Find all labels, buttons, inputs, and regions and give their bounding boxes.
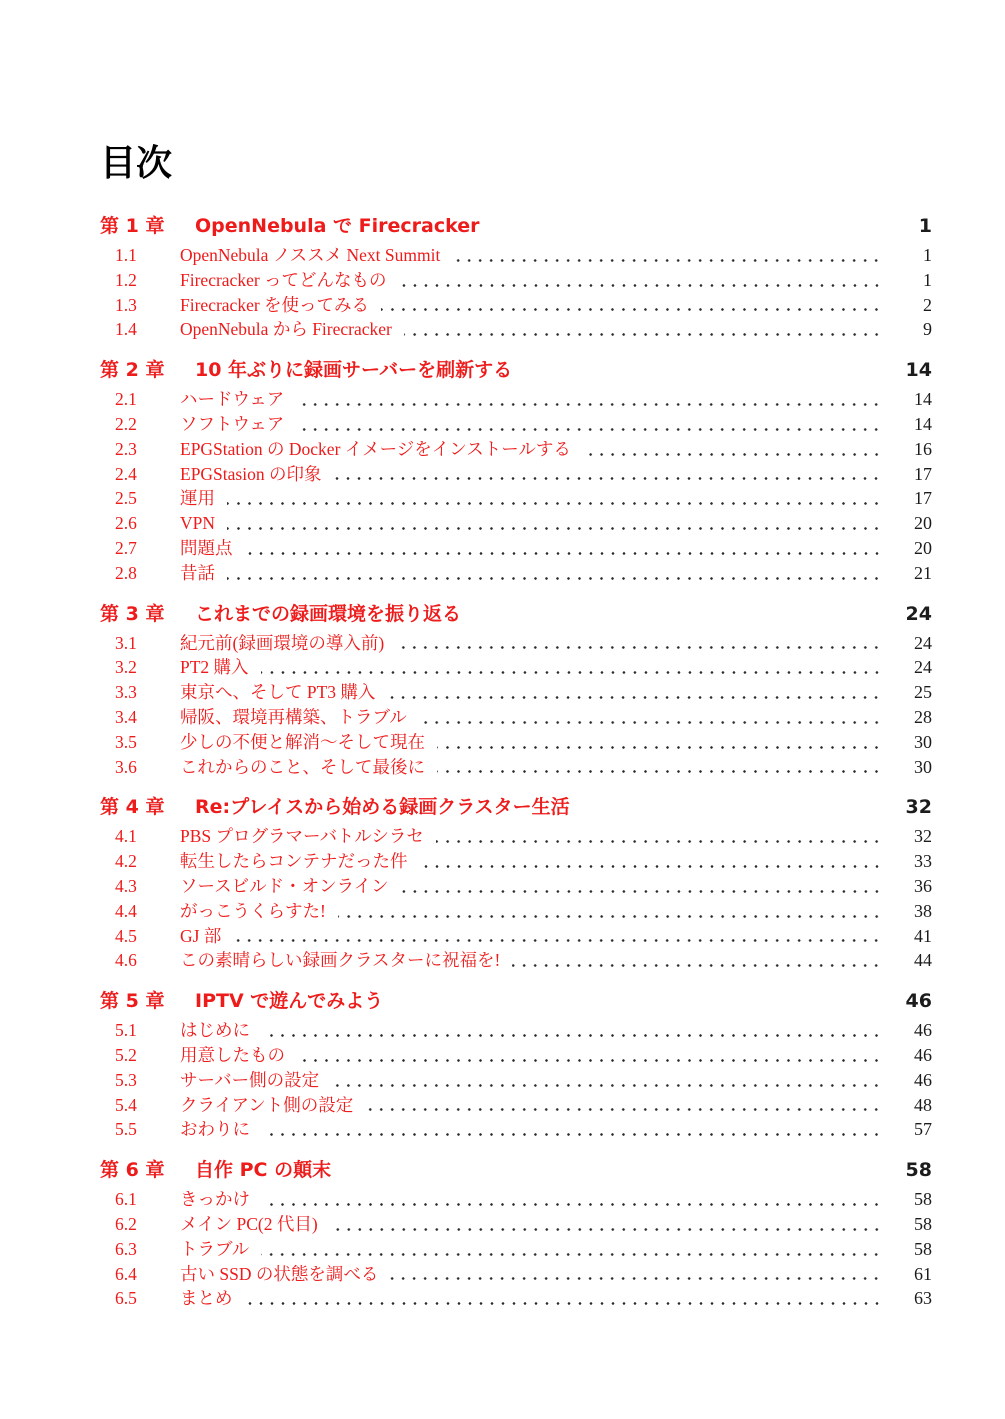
toc-section-entry-link[interactable]: 3.3 東京へ、そして PT3 購入 25 — [100, 680, 932, 705]
section-page-number: 24 — [890, 655, 932, 680]
toc-section-entry-link[interactable]: 5.4 クライアント側の設定 48 — [100, 1093, 932, 1118]
section-number: 6.2 — [100, 1212, 180, 1237]
section-title: サーバー側の設定 — [180, 1068, 319, 1093]
section-number: 1.3 — [100, 293, 180, 318]
chapter-page-number: 14 — [884, 357, 932, 383]
toc-section-entry-link[interactable]: 5.5 おわりに 57 — [100, 1117, 932, 1142]
dot-leader — [387, 680, 884, 705]
section-title: これからのこと、そして最後に — [180, 755, 425, 780]
dot-leader — [233, 924, 884, 949]
section-page-number: 48 — [890, 1093, 932, 1118]
section-number: 5.5 — [100, 1117, 180, 1142]
toc-section-entry-link[interactable]: 3.5 少しの不便と解消〜そして現在 30 — [100, 730, 932, 755]
toc-chapter-heading-link[interactable]: 第 3 章 これまでの録画環境を振り返る 24 — [100, 601, 932, 631]
section-page-number: 30 — [890, 755, 932, 780]
section-title: メイン PC(2 代目) — [180, 1212, 318, 1237]
section-title: 紀元前(録画環境の導入前) — [180, 631, 384, 656]
section-title: OpenNebula ノススメ Next Summit — [180, 243, 440, 268]
toc-section-entry-link[interactable]: 6.1 きっかけ 58 — [100, 1187, 932, 1212]
section-number: 4.2 — [100, 849, 180, 874]
section-page-number: 1 — [890, 243, 932, 268]
section-number: 6.1 — [100, 1187, 180, 1212]
section-page-number: 36 — [890, 874, 932, 899]
section-title: PT2 購入 — [180, 655, 249, 680]
section-number: 1.4 — [100, 317, 180, 342]
section-page-number: 58 — [890, 1237, 932, 1262]
section-number: 6.3 — [100, 1237, 180, 1262]
toc-chapter: 第 2 章 10 年ぶりに録画サーバーを刷新する 14 2.1 ハードウェア 1… — [100, 357, 932, 585]
toc-section-entry-link[interactable]: 4.4 がっこうくらすた! 38 — [100, 899, 932, 924]
toc-section-entry-link[interactable]: 1.3 Firecracker を使ってみる 2 — [100, 293, 932, 318]
section-number: 2.4 — [100, 462, 180, 487]
section-number: 2.1 — [100, 387, 180, 412]
chapter-page-number: 32 — [884, 794, 932, 820]
toc-chapter: 第 5 章 IPTV で遊んでみよう 46 5.1 はじめに 46 5.2 用意… — [100, 988, 932, 1142]
section-title: 転生したらコンテナだった件 — [180, 849, 408, 874]
page-title: 目次 — [100, 145, 932, 183]
toc-section-entry-link[interactable]: 2.7 問題点 20 — [100, 536, 932, 561]
chapter-section-list: 4.1 PBS プログラマーバトルシラセ 32 4.2 転生したらコンテナだった… — [100, 824, 932, 973]
toc-section-entry-link[interactable]: 4.6 この素晴らしい録画クラスターに祝福を! 44 — [100, 948, 932, 973]
section-number: 3.1 — [100, 631, 180, 656]
chapter-number-label: 第 6 章 — [100, 1157, 195, 1183]
toc-section-entry-link[interactable]: 4.2 転生したらコンテナだった件 33 — [100, 849, 932, 874]
dot-leader — [401, 874, 884, 899]
section-page-number: 58 — [890, 1212, 932, 1237]
toc-chapter-heading-link[interactable]: 第 4 章 Re:プレイスから始める録画クラスター生活 32 — [100, 794, 932, 824]
dot-leader — [338, 899, 884, 924]
toc-section-entry-link[interactable]: 4.5 GJ 部 41 — [100, 924, 932, 949]
toc-chapter: 第 4 章 Re:プレイスから始める録画クラスター生活 32 4.1 PBS プ… — [100, 794, 932, 973]
chapter-title: 10 年ぶりに録画サーバーを刷新する — [195, 357, 884, 383]
section-page-number: 30 — [890, 730, 932, 755]
section-page-number: 16 — [890, 437, 932, 462]
section-title: きっかけ — [180, 1187, 250, 1212]
section-number: 4.3 — [100, 874, 180, 899]
dot-leader — [227, 561, 884, 586]
section-title: 問題点 — [180, 536, 233, 561]
toc-section-entry-link[interactable]: 4.3 ソースビルド・オンライン 36 — [100, 874, 932, 899]
section-title: 東京へ、そして PT3 購入 — [180, 680, 375, 705]
toc-section-entry-link[interactable]: 5.3 サーバー側の設定 46 — [100, 1068, 932, 1093]
toc-section-entry-link[interactable]: 1.2 Firecracker ってどんなもの 1 — [100, 268, 932, 293]
toc-chapter-heading-link[interactable]: 第 2 章 10 年ぶりに録画サーバーを刷新する 14 — [100, 357, 932, 387]
dot-leader — [245, 1286, 885, 1311]
section-page-number: 14 — [890, 412, 932, 437]
chapter-title: 自作 PC の顛末 — [195, 1157, 884, 1183]
dot-leader — [262, 1187, 884, 1212]
section-number: 1.2 — [100, 268, 180, 293]
chapter-title: Re:プレイスから始める録画クラスター生活 — [195, 794, 884, 820]
chapter-section-list: 3.1 紀元前(録画環境の導入前) 24 3.2 PT2 購入 24 3.3 東… — [100, 631, 932, 780]
dot-leader — [390, 1262, 884, 1287]
section-title: おわりに — [180, 1117, 250, 1142]
section-page-number: 63 — [890, 1286, 932, 1311]
toc-chapter-list: 第 1 章 OpenNebula で Firecracker 1 1.1 Ope… — [100, 213, 932, 1311]
section-number: 4.4 — [100, 899, 180, 924]
chapter-section-list: 5.1 はじめに 46 5.2 用意したもの 46 5.3 サーバー側の設定 4… — [100, 1018, 932, 1142]
dot-leader — [381, 293, 884, 318]
section-page-number: 33 — [890, 849, 932, 874]
dot-leader — [331, 1068, 884, 1093]
chapter-page-number: 24 — [884, 601, 932, 627]
toc-section-entry-link[interactable]: 6.4 古い SSD の状態を調べる 61 — [100, 1262, 932, 1287]
section-page-number: 9 — [890, 317, 932, 342]
toc-section-entry-link[interactable]: 3.1 紀元前(録画環境の導入前) 24 — [100, 631, 932, 656]
dot-leader — [452, 243, 884, 268]
section-title: EPGStasion の印象 — [180, 462, 321, 487]
toc-section-entry-link[interactable]: 5.1 はじめに 46 — [100, 1018, 932, 1043]
toc-section-entry-link[interactable]: 4.1 PBS プログラマーバトルシラセ 32 — [100, 824, 932, 849]
section-title: まとめ — [180, 1286, 233, 1311]
section-page-number: 46 — [890, 1068, 932, 1093]
dot-leader — [436, 824, 884, 849]
section-title: ソフトウェア — [180, 412, 284, 437]
section-page-number: 2 — [890, 293, 932, 318]
section-title: 昔話 — [180, 561, 215, 586]
section-title: Firecracker を使ってみる — [180, 293, 369, 318]
toc-section-entry-link[interactable]: 1.4 OpenNebula から Firecracker 9 — [100, 317, 932, 342]
section-page-number: 38 — [890, 899, 932, 924]
chapter-section-list: 2.1 ハードウェア 14 2.2 ソフトウェア 14 2.3 EPGStati… — [100, 387, 932, 585]
toc-section-entry-link[interactable]: 1.1 OpenNebula ノススメ Next Summit 1 — [100, 243, 932, 268]
section-number: 2.6 — [100, 511, 180, 536]
section-page-number: 20 — [890, 511, 932, 536]
section-number: 2.2 — [100, 412, 180, 437]
section-number: 2.7 — [100, 536, 180, 561]
section-page-number: 24 — [890, 631, 932, 656]
dot-leader — [420, 849, 885, 874]
section-title: EPGStation の Docker イメージをインストールする — [180, 437, 571, 462]
section-page-number: 61 — [890, 1262, 932, 1287]
chapter-title: OpenNebula で Firecracker — [195, 213, 884, 239]
chapter-page-number: 46 — [884, 988, 932, 1014]
dot-leader — [262, 1018, 884, 1043]
section-page-number: 14 — [890, 387, 932, 412]
section-number: 2.3 — [100, 437, 180, 462]
section-title: 運用 — [180, 486, 215, 511]
dot-leader — [330, 1212, 884, 1237]
dot-leader — [245, 536, 885, 561]
dot-leader — [227, 511, 884, 536]
section-title: はじめに — [180, 1018, 250, 1043]
toc-page: 目次 第 1 章 OpenNebula で Firecracker 1 1.1 … — [100, 145, 932, 1311]
toc-chapter: 第 3 章 これまでの録画環境を振り返る 24 3.1 紀元前(録画環境の導入前… — [100, 601, 932, 780]
toc-chapter-heading-link[interactable]: 第 5 章 IPTV で遊んでみよう 46 — [100, 988, 932, 1018]
section-page-number: 17 — [890, 486, 932, 511]
section-page-number: 25 — [890, 680, 932, 705]
dot-leader — [296, 387, 884, 412]
section-number: 2.8 — [100, 561, 180, 586]
chapter-number-label: 第 3 章 — [100, 601, 195, 627]
toc-section-entry-link[interactable]: 3.4 帰阪、環境再構築、トラブル 28 — [100, 705, 932, 730]
toc-chapter-heading-link[interactable]: 第 6 章 自作 PC の顛末 58 — [100, 1157, 932, 1187]
section-title: VPN — [180, 511, 215, 536]
dot-leader — [419, 705, 884, 730]
dot-leader — [583, 437, 884, 462]
section-page-number: 1 — [890, 268, 932, 293]
section-number: 5.2 — [100, 1043, 180, 1068]
section-title: OpenNebula から Firecracker — [180, 317, 392, 342]
toc-section-entry-link[interactable]: 2.8 昔話 21 — [100, 561, 932, 586]
toc-section-entry-link[interactable]: 6.2 メイン PC(2 代目) 58 — [100, 1212, 932, 1237]
section-page-number: 44 — [890, 948, 932, 973]
dot-leader — [262, 1117, 884, 1142]
toc-section-entry-link[interactable]: 3.2 PT2 購入 24 — [100, 655, 932, 680]
chapter-page-number: 1 — [884, 213, 932, 239]
section-title: 用意したもの — [180, 1043, 285, 1068]
dot-leader — [261, 1237, 884, 1262]
section-number: 3.2 — [100, 655, 180, 680]
section-title: トラブル — [180, 1237, 249, 1262]
section-title: ソースビルド・オンライン — [180, 874, 389, 899]
section-title: がっこうくらすた! — [180, 899, 326, 924]
section-title: 少しの不便と解消〜そして現在 — [180, 730, 425, 755]
toc-section-entry-link[interactable]: 2.1 ハードウェア 14 — [100, 387, 932, 412]
chapter-title: IPTV で遊んでみよう — [195, 988, 884, 1014]
section-page-number: 46 — [890, 1043, 932, 1068]
toc-chapter: 第 6 章 自作 PC の顛末 58 6.1 きっかけ 58 6.2 メイン P… — [100, 1157, 932, 1311]
section-title: 帰阪、環境再構築、トラブル — [180, 705, 407, 730]
section-title: Firecracker ってどんなもの — [180, 268, 387, 293]
section-number: 4.1 — [100, 824, 180, 849]
dot-leader — [396, 631, 884, 656]
chapter-section-list: 6.1 きっかけ 58 6.2 メイン PC(2 代目) 58 6.3 トラブル… — [100, 1187, 932, 1311]
dot-leader — [261, 655, 884, 680]
section-page-number: 28 — [890, 705, 932, 730]
toc-chapter-heading-link[interactable]: 第 1 章 OpenNebula で Firecracker 1 — [100, 213, 932, 243]
section-number: 5.4 — [100, 1093, 180, 1118]
toc-section-entry-link[interactable]: 2.6 VPN 20 — [100, 511, 932, 536]
chapter-number-label: 第 1 章 — [100, 213, 195, 239]
dot-leader — [227, 486, 884, 511]
chapter-number-label: 第 4 章 — [100, 794, 195, 820]
dot-leader — [333, 462, 884, 487]
dot-leader — [296, 412, 884, 437]
toc-chapter: 第 1 章 OpenNebula で Firecracker 1 1.1 Ope… — [100, 213, 932, 342]
toc-section-entry-link[interactable]: 6.5 まとめ 63 — [100, 1286, 932, 1311]
section-number: 1.1 — [100, 243, 180, 268]
toc-section-entry-link[interactable]: 2.5 運用 17 — [100, 486, 932, 511]
toc-section-entry-link[interactable]: 2.4 EPGStasion の印象 17 — [100, 462, 932, 487]
section-number: 2.5 — [100, 486, 180, 511]
chapter-page-number: 58 — [884, 1157, 932, 1183]
section-number: 6.5 — [100, 1286, 180, 1311]
dot-leader — [437, 755, 884, 780]
section-title: この素晴らしい録画クラスターに祝福を! — [180, 948, 500, 973]
section-number: 3.6 — [100, 755, 180, 780]
section-page-number: 17 — [890, 462, 932, 487]
toc-section-entry-link[interactable]: 6.3 トラブル 58 — [100, 1237, 932, 1262]
toc-section-entry-link[interactable]: 2.3 EPGStation の Docker イメージをインストールする 16 — [100, 437, 932, 462]
section-number: 6.4 — [100, 1262, 180, 1287]
section-number: 3.3 — [100, 680, 180, 705]
section-page-number: 32 — [890, 824, 932, 849]
section-title: ハードウェア — [180, 387, 284, 412]
section-page-number: 20 — [890, 536, 932, 561]
dot-leader — [437, 730, 884, 755]
chapter-section-list: 1.1 OpenNebula ノススメ Next Summit 1 1.2 Fi… — [100, 243, 932, 342]
section-number: 3.4 — [100, 705, 180, 730]
dot-leader — [399, 268, 884, 293]
section-page-number: 46 — [890, 1018, 932, 1043]
section-title: 古い SSD の状態を調べる — [180, 1262, 378, 1287]
dot-leader — [297, 1043, 884, 1068]
toc-section-entry-link[interactable]: 3.6 これからのこと、そして最後に 30 — [100, 755, 932, 780]
section-page-number: 21 — [890, 561, 932, 586]
section-number: 4.6 — [100, 948, 180, 973]
dot-leader — [512, 948, 884, 973]
chapter-number-label: 第 5 章 — [100, 988, 195, 1014]
toc-section-entry-link[interactable]: 5.2 用意したもの 46 — [100, 1043, 932, 1068]
chapter-title: これまでの録画環境を振り返る — [195, 601, 884, 627]
section-page-number: 41 — [890, 924, 932, 949]
section-title: クライアント側の設定 — [180, 1093, 353, 1118]
section-title: PBS プログラマーバトルシラセ — [180, 824, 424, 849]
section-number: 5.3 — [100, 1068, 180, 1093]
section-title: GJ 部 — [180, 924, 221, 949]
dot-leader — [404, 317, 884, 342]
section-number: 4.5 — [100, 924, 180, 949]
section-number: 5.1 — [100, 1018, 180, 1043]
section-number: 3.5 — [100, 730, 180, 755]
section-page-number: 57 — [890, 1117, 932, 1142]
section-page-number: 58 — [890, 1187, 932, 1212]
chapter-number-label: 第 2 章 — [100, 357, 195, 383]
toc-section-entry-link[interactable]: 2.2 ソフトウェア 14 — [100, 412, 932, 437]
dot-leader — [365, 1093, 884, 1118]
